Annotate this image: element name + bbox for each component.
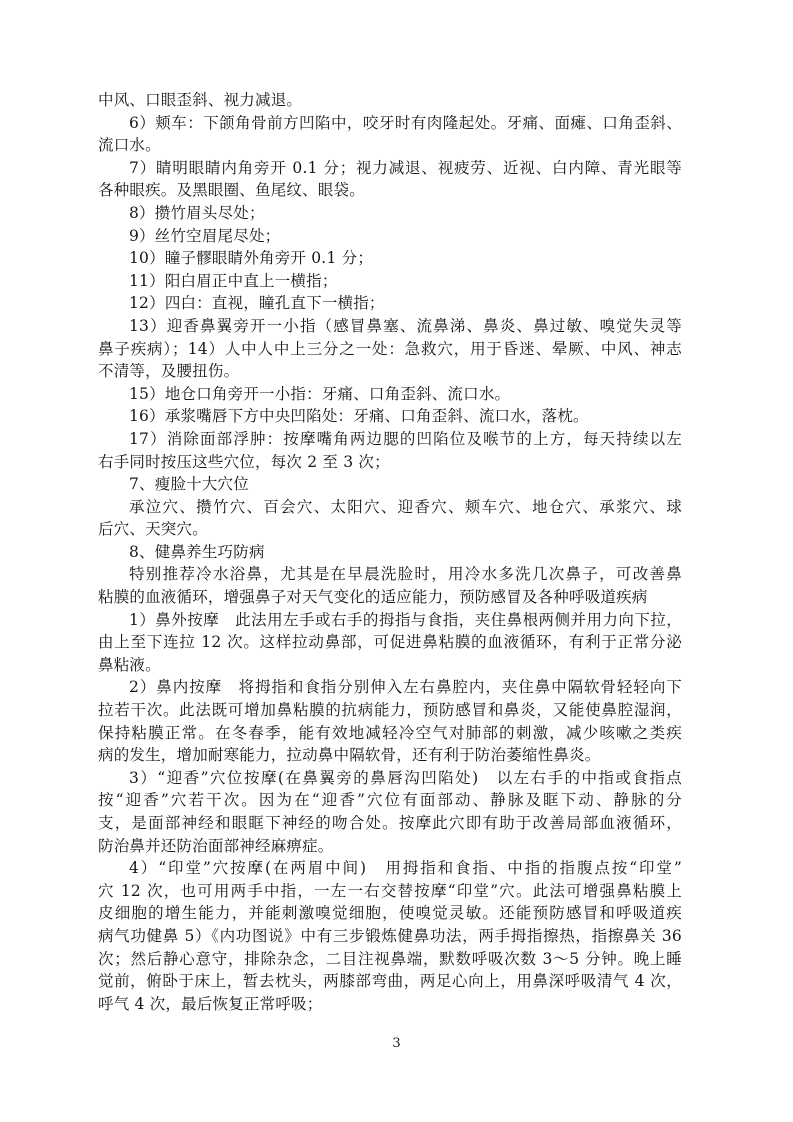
page-number: 3 [0,1036,793,1052]
text-line: 7）睛明眼睛内角旁开 0.1 分；视力减退、视疲劳、近视、白内障、青光眼等 [98,157,682,180]
text-line: 1）鼻外按摩 此法用左手或右手的拇指与食指，夹住鼻根两侧并用力向下拉， [98,609,682,632]
text-line: 特别推荐冷水浴鼻，尤其是在早晨洗脸时，用冷水多洗几次鼻子，可改善鼻 [98,563,682,586]
document-body: 中风、口眼歪斜、视力减退。6）颊车：下颌角骨前方凹陷中，咬牙时有肉隆起处。牙痛、… [98,89,682,1015]
text-line: 支，是面部神经和眼眶下神经的吻合处。按摩此穴即有助于改善局部血液循环， [98,812,682,835]
text-line: 右手同时按压这些穴位，每次 2 至 3 次； [98,451,682,474]
text-line: 各种眼疾。及黑眼圈、鱼尾纹、眼袋。 [98,179,682,202]
text-line: 病气功健鼻 5）《内功图说》中有三步锻炼健鼻功法，两手拇指擦热，指擦鼻关 36 [98,925,682,948]
text-line: 16）承浆嘴唇下方中央凹陷处：牙痛、口角歪斜、流口水，落枕。 [98,405,682,428]
text-line: 不清等，及腰扭伤。 [98,360,682,383]
text-line: 10）瞳子髎眼睛外角旁开 0.1 分； [98,247,682,270]
text-line: 按“迎香”穴若干次。因为在“迎香”穴位有面部动、静脉及眶下动、静脉的分 [98,789,682,812]
text-line: 皮细胞的增生能力，并能刺激嗅觉细胞，使嗅觉灵敏。还能预防感冒和呼吸道疾 [98,902,682,925]
text-line: 15）地仓口角旁开一小指：牙痛、口角歪斜、流口水。 [98,383,682,406]
text-line: 由上至下连拉 12 次。这样拉动鼻部，可促进鼻粘膜的血液循环，有利于正常分泌 [98,631,682,654]
text-line: 穴 12 次，也可用两手中指，一左一右交替按摩“印堂”穴。此法可增强鼻粘膜上 [98,880,682,903]
text-line: 12）四白：直视，瞳孔直下一横指； [98,292,682,315]
text-line: 流口水。 [98,134,682,157]
text-line: 4）“印堂”穴按摩(在两眉中间) 用拇指和食指、中指的指腹点按“印堂” [98,857,682,880]
text-line: 2）鼻内按摩 将拇指和食指分别伸入左右鼻腔内，夹住鼻中隔软骨轻轻向下 [98,676,682,699]
text-line: 后穴、天突穴。 [98,518,682,541]
text-line: 8、健鼻养生巧防病 [98,541,682,564]
text-line: 觉前，俯卧于床上，暂去枕头，两膝部弯曲，两足心向上，用鼻深呼吸清气 4 次， [98,970,682,993]
text-line: 保持粘膜正常。在冬春季，能有效地减轻冷空气对肺部的刺激，减少咳嗽之类疾 [98,722,682,745]
text-line: 拉若干次。此法既可增加鼻粘膜的抗病能力，预防感冒和鼻炎，又能使鼻腔湿润， [98,699,682,722]
text-line: 3）“迎香”穴位按摩(在鼻翼旁的鼻唇沟凹陷处) 以左右手的中指或食指点 [98,767,682,790]
text-line: 呼气 4 次，最后恢复正常呼吸； [98,993,682,1016]
text-line: 中风、口眼歪斜、视力减退。 [98,89,682,112]
text-line: 9）丝竹空眉尾尽处； [98,225,682,248]
text-line: 承泣穴、攒竹穴、百会穴、太阳穴、迎香穴、颊车穴、地仓穴、承浆穴、球 [98,496,682,519]
text-line: 11）阳白眉正中直上一横指； [98,270,682,293]
text-line: 次；然后静心意守，排除杂念，二目注视鼻端，默数呼吸次数 3～5 分钟。晚上睡 [98,948,682,971]
text-line: 6）颊车：下颌角骨前方凹陷中，咬牙时有肉隆起处。牙痛、面瘫、口角歪斜、 [98,112,682,135]
text-line: 7、瘦脸十大穴位 [98,473,682,496]
text-line: 粘膜的血液循环，增强鼻子对天气变化的适应能力，预防感冒及各种呼吸道疾病 [98,586,682,609]
text-line: 13）迎香鼻翼旁开一小指（感冒鼻塞、流鼻涕、鼻炎、鼻过敏、嗅觉失灵等 [98,315,682,338]
text-line: 鼻子疾病）；14）人中人中上三分之一处：急救穴，用于昏迷、晕厥、中风、神志 [98,338,682,361]
text-line: 病的发生，增加耐寒能力，拉动鼻中隔软骨，还有利于防治萎缩性鼻炎。 [98,744,682,767]
text-line: 防治鼻并还防治面部神经麻痹症。 [98,835,682,858]
text-line: 17）消除面部浮肿：按摩嘴角两边腮的凹陷位及喉节的上方，每天持续以左 [98,428,682,451]
document-page: { "page": { "number": "3", "background_c… [0,0,793,1122]
text-line: 鼻粘液。 [98,654,682,677]
text-line: 8）攒竹眉头尽处； [98,202,682,225]
